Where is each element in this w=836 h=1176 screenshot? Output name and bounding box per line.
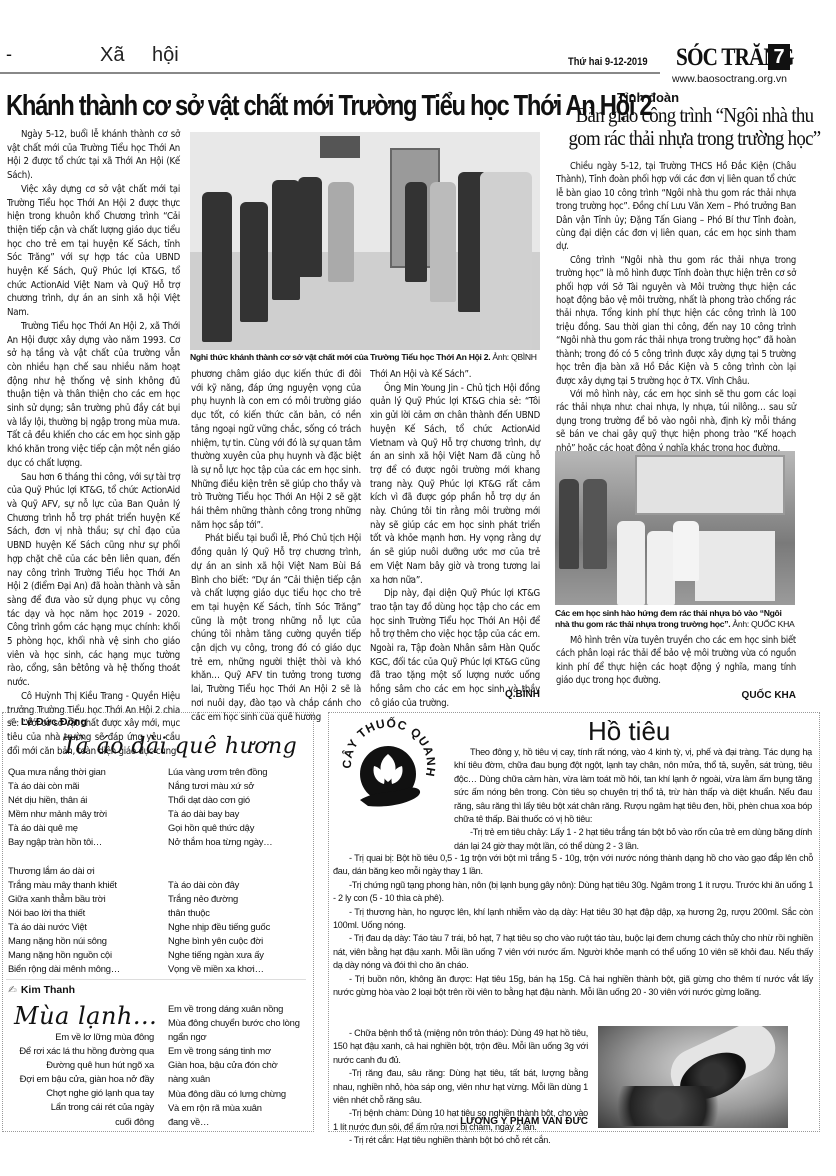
pen-icon: ✍ xyxy=(8,716,17,728)
paragraph: Với mô hình này, các em học sinh sẽ thu … xyxy=(556,388,796,455)
pen-icon: ✍ xyxy=(8,984,17,996)
poem1-right-stanza: Lúa vàng ươm trên đồngNắng tươi màu xứ s… xyxy=(168,765,313,976)
paragraph: Công trình “Ngôi nhà thu gom rác thải nh… xyxy=(556,254,796,388)
article1-byline: Q.BÌNH xyxy=(370,689,540,700)
header-dash: - xyxy=(6,44,12,65)
article1-col1: Ngày 5-12, buổi lễ khánh thành cơ sở vật… xyxy=(7,128,180,758)
author-name: Lê Đức Đồng xyxy=(21,716,87,728)
recycling-photo-caption: Các em học sinh hào hứng đem rác thải nh… xyxy=(555,608,796,630)
paragraph: Thới An Hội và Kế Sách”. xyxy=(370,368,540,382)
paragraph: -Trị răng đau, sâu răng: Dùng hạt tiêu, … xyxy=(333,1067,588,1107)
paragraph: Ông Min Young Jin - Chủ tịch Hội đồng qu… xyxy=(370,382,540,588)
article2-headline: Bàn giao công trình “Ngôi nhà thu gom rá… xyxy=(567,104,822,150)
poem1-left-stanza: Qua mưa nắng thời gianTà áo dài còn mãiN… xyxy=(8,765,163,976)
author-name: Kim Thanh xyxy=(21,984,75,996)
pepper-photo xyxy=(598,1026,788,1128)
article1-col2: phương châm giáo dục kiến thức đi đôi vớ… xyxy=(191,368,361,724)
paragraph: - Chữa bệnh thổ tả (miệng nôn trôn tháo)… xyxy=(333,1027,588,1067)
caption-credit: Ảnh: QUỐC KHA xyxy=(732,619,794,629)
website-link[interactable]: www.baosoctrang.org.vn xyxy=(672,73,787,85)
section-title: Xã hội xyxy=(100,44,179,67)
herb-logo: CÂY THUỐC QUANH TA xyxy=(338,716,438,816)
herb-title: Hồ tiêu xyxy=(588,716,670,747)
paragraph: Mô hình trên vừa tuyên truyền cho các em… xyxy=(556,634,796,688)
paragraph: - Trị đau dạ dày: Táo tàu 7 trái, bỏ hạt… xyxy=(333,932,813,972)
herb-intro: Theo đông y, hồ tiêu vị cay, tính rất nó… xyxy=(454,746,812,853)
header-rule xyxy=(0,72,660,74)
paragraph: -Trị trẻ em tiêu chảy: Lấy 1 - 2 hạt tiê… xyxy=(454,826,812,853)
paragraph: Theo đông y, hồ tiêu vị cay, tính rất nó… xyxy=(454,746,812,826)
paragraph: phương châm giáo dục kiến thức đi đôi vớ… xyxy=(191,368,361,532)
paragraph: - Trị buồn nôn, không ăn được: Hạt tiêu … xyxy=(333,973,813,1000)
article2-body: Chiều ngày 5-12, tại Trường THCS Hồ Đắc … xyxy=(556,160,796,455)
paragraph: - Trị thương hàn, ho ngược lên, khí lạnh… xyxy=(333,906,813,933)
poem-divider xyxy=(6,979,306,980)
paragraph: -Trị chứng ngũ tạng phong hàn, nôn (bị l… xyxy=(333,879,813,906)
poem1-title: Tà áo dài quê hương xyxy=(62,734,297,759)
poem1-author: ✍Lê Đức Đồng xyxy=(8,716,87,728)
herb-byline: LƯƠNG Y PHẠM VAN ĐỨC xyxy=(333,1116,588,1127)
paragraph: Phát biểu tại buổi lễ, Phó Chủ tịch Hội … xyxy=(191,532,361,724)
poem2-title: Mùa lạnh... xyxy=(14,1002,157,1030)
poem2-author: ✍Kim Thanh xyxy=(8,984,75,996)
article2-byline: QUỐC KHA xyxy=(556,690,796,701)
article1-col3: Thới An Hội và Kế Sách”. Ông Min Young J… xyxy=(370,368,540,711)
herb-remedies-narrow: - Chữa bệnh thổ tả (miệng nôn trôn tháo)… xyxy=(333,1027,588,1148)
paragraph: Ngày 5-12, buổi lễ khánh thành cơ sở vật… xyxy=(7,128,180,183)
paragraph: Chiều ngày 5-12, tại Trường THCS Hồ Đắc … xyxy=(556,160,796,254)
paragraph: - Trị rét cắn: Hạt tiêu nghiền thành bột… xyxy=(333,1134,588,1147)
article2-closing: Mô hình trên vừa tuyên truyền cho các em… xyxy=(556,634,796,688)
ceremony-photo xyxy=(190,132,540,350)
paragraph: Sau hơn 6 tháng thi công, với sự tài trợ… xyxy=(7,471,180,690)
leaf-hand-logo-icon: CÂY THUỐC QUANH TA xyxy=(338,716,438,816)
caption-credit: Ảnh: QBÌNH xyxy=(492,352,536,362)
herb-remedies: - Trị quai bị: Bột hồ tiêu 0,5 - 1g trộn… xyxy=(333,852,813,999)
poem2-left-stanza: Em về lơ lững mùa đôngĐể rơi xác lá thu … xyxy=(6,1030,154,1129)
recycling-photo xyxy=(555,451,795,605)
issue-date: Thứ hai 9-12-2019 xyxy=(568,56,648,68)
article1-headline: Khánh thành cơ sở vật chất mới Trường Ti… xyxy=(6,90,651,123)
paragraph: Việc xây dựng cơ sở vật chất mới tại Trư… xyxy=(7,183,180,320)
ceremony-photo-caption: Nghi thức khánh thành cơ sở vật chất mới… xyxy=(190,352,540,363)
caption-text: Nghi thức khánh thành cơ sở vật chất mới… xyxy=(190,352,490,362)
paragraph: Trường Tiểu học Thới An Hội 2, xã Thới A… xyxy=(7,320,180,471)
poem2-right-stanza: Em về trong dáng xuân nồngMùa đông chuyể… xyxy=(168,1002,313,1129)
page-number: 7 xyxy=(768,44,790,70)
paragraph: - Trị quai bị: Bột hồ tiêu 0,5 - 1g trộn… xyxy=(333,852,813,879)
